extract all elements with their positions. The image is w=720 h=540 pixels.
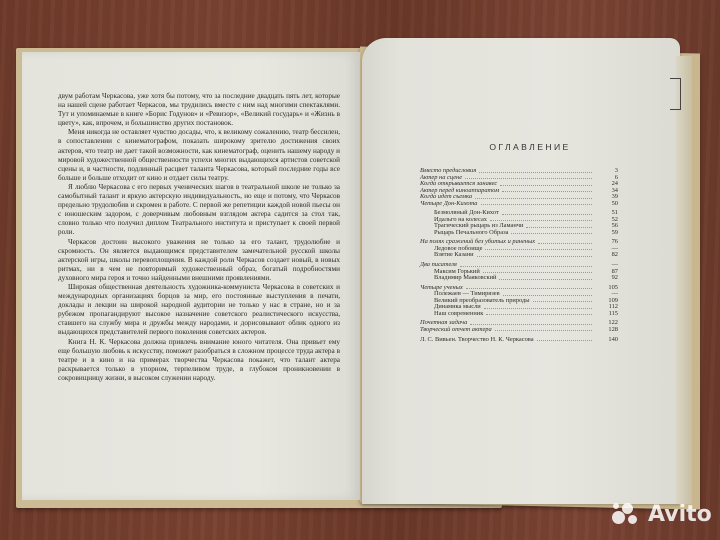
toc-leader-dots xyxy=(526,223,592,228)
toc-entry-page: 50 xyxy=(596,201,618,208)
paragraph: Широкая общественная деятельность художн… xyxy=(58,283,340,338)
toc-leader-dots xyxy=(537,337,592,342)
toc-leader-dots xyxy=(465,175,592,180)
toc-entry: Четыре Дон-Кихота50 xyxy=(420,201,672,208)
pencil-bracket-mark xyxy=(670,78,681,110)
toc-leader-dots xyxy=(484,304,592,309)
toc-leader-dots xyxy=(460,262,592,267)
toc-entry-label: Владимир Маяковский xyxy=(420,275,496,282)
toc-entry-label: Рыцарь Печального Образа xyxy=(420,230,508,237)
toc-title: ОГЛАВЛЕНИЕ xyxy=(460,142,600,152)
toc-entry-page: 59 xyxy=(596,230,618,237)
toc-leader-dots xyxy=(483,269,592,274)
toc-leader-dots xyxy=(470,320,592,325)
avito-watermark: Avito xyxy=(612,502,712,527)
toc-entry: Творческий отчет актера128 xyxy=(420,327,672,334)
toc-entry: Наш современник115 xyxy=(420,311,672,318)
toc-entry: Рыцарь Печального Образа59 xyxy=(420,230,672,237)
table-of-contents: Вместо предисловия3Актер на сцене6Когда … xyxy=(420,168,672,343)
toc-leader-dots xyxy=(479,168,592,173)
toc-entry: Взятие Казани82 xyxy=(420,252,672,259)
toc-leader-dots xyxy=(502,210,592,215)
paragraph: Черкасов достоин высокого уважения не то… xyxy=(58,238,340,283)
toc-leader-dots xyxy=(490,217,592,222)
toc-entry: Владимир Маяковский92 xyxy=(420,275,672,282)
paragraph: Книга Н. К. Черкасова должна привлечь вн… xyxy=(58,338,340,383)
toc-entry-page: 128 xyxy=(596,327,618,334)
toc-leader-dots xyxy=(499,275,592,280)
toc-leader-dots xyxy=(481,201,593,206)
avito-brand-text: Avito xyxy=(648,502,712,527)
paragraph: Меня никогда не оставляет чувство досады… xyxy=(58,128,340,183)
toc-leader-dots xyxy=(485,246,592,251)
toc-entry-page: 115 xyxy=(596,311,618,318)
toc-entry-page: 82 xyxy=(596,252,618,259)
toc-leader-dots xyxy=(500,181,592,186)
toc-entry-label: Творческий отчет актера xyxy=(420,327,492,334)
toc-leader-dots xyxy=(503,291,592,296)
toc-leader-dots xyxy=(495,327,592,332)
toc-entry-label: Взятие Казани xyxy=(420,252,474,259)
toc-leader-dots xyxy=(477,252,592,257)
paragraph: Я люблю Черкасова с его первых ученическ… xyxy=(58,183,340,238)
toc-entry-page: 92 xyxy=(596,275,618,282)
toc-leader-dots xyxy=(538,239,592,244)
toc-leader-dots xyxy=(466,285,592,290)
toc-leader-dots xyxy=(511,230,592,235)
toc-leader-dots xyxy=(533,298,592,303)
left-page-text: двум работам Черкасова, уже хотя бы пото… xyxy=(58,92,340,383)
avito-dots-logo-icon xyxy=(612,503,642,527)
page-edges xyxy=(676,56,692,504)
toc-entry-page: 140 xyxy=(596,337,618,344)
toc-entry-label: Наш современник xyxy=(420,311,483,318)
toc-entry: Л. С. Вивьен. Творчество Н. К. Черкасова… xyxy=(420,337,672,344)
toc-leader-dots xyxy=(502,188,592,193)
paragraph: двум работам Черкасова, уже хотя бы пото… xyxy=(58,92,340,128)
toc-entry-label: Четыре Дон-Кихота xyxy=(420,201,478,208)
toc-leader-dots xyxy=(475,194,592,199)
toc-entry-label: Л. С. Вивьен. Творчество Н. К. Черкасова xyxy=(420,337,534,344)
toc-leader-dots xyxy=(486,311,592,316)
